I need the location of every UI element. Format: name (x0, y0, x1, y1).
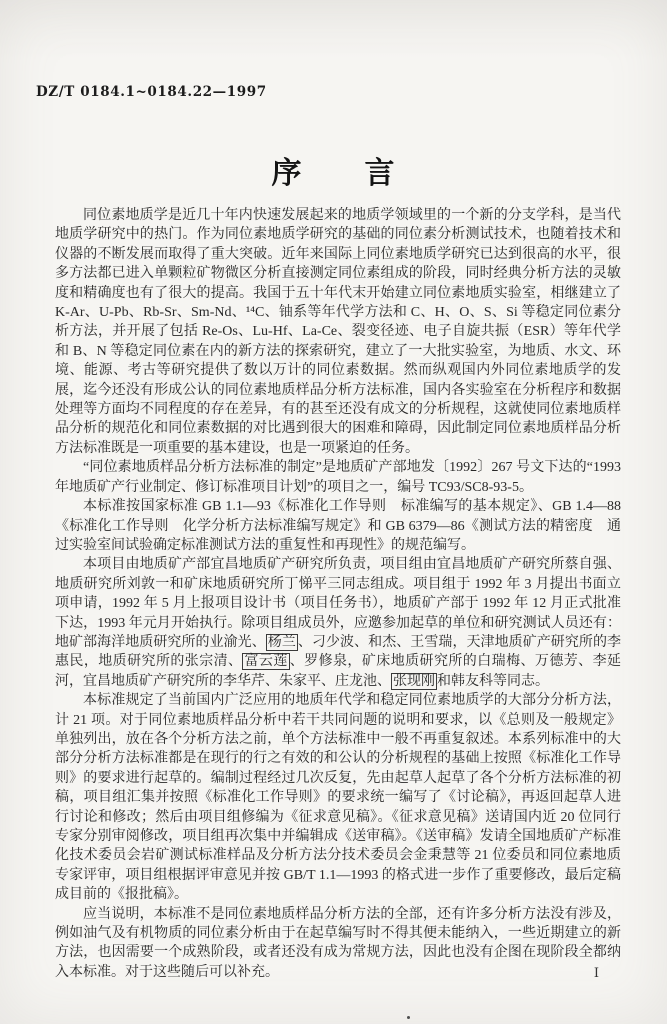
team-text-4: 和韩友科等同志。 (437, 674, 549, 689)
page-number: Ⅰ (594, 966, 599, 981)
page-title: 序 言 (0, 148, 667, 192)
boxed-name-2: 富云莲 (242, 653, 289, 670)
scan-tone-overlay (0, 0, 667, 60)
document-page: DZ/T 0184.1~0184.22—1997 序 言 同位素地质学是近几十年… (0, 0, 667, 1024)
boxed-name-1: 杨兰 (266, 634, 298, 651)
paragraph-project-origin: “同位素地质样品分析方法标准的制定”是地质矿产部地发〔1992〕267 号文下达… (55, 458, 621, 497)
paragraph-project-team: 本项目由地质矿产部宜昌地质矿产研究所负责，项目组由宜昌地质矿产研究所蔡自强、地质… (55, 555, 621, 691)
paragraph-standard-basis: 本标准按国家标准 GB 1.1—93《标准化工作导则 标准编写的基本规定》、GB… (55, 497, 621, 555)
paragraph-closing-note: 应当说明，本标准不是同位素地质样品分析方法的全部，还有许多分析方法没有涉及，例如… (55, 905, 621, 983)
paragraph-intro: 同位素地质学是近几十年内快速发展起来的地质学领域里的一个新的分支学科，是当代地质… (55, 206, 621, 458)
boxed-name-3: 张现刚 (391, 673, 437, 690)
scan-speck (407, 1016, 410, 1019)
preface-body: 同位素地质学是近几十年内快速发展起来的地质学领域里的一个新的分支学科，是当代地质… (55, 206, 621, 982)
standard-number: DZ/T 0184.1~0184.22—1997 (36, 84, 267, 100)
paragraph-scope: 本标准规定了当前国内广泛应用的地质年代学和稳定同位素地质学的大部分分析方法，计 … (55, 691, 621, 904)
